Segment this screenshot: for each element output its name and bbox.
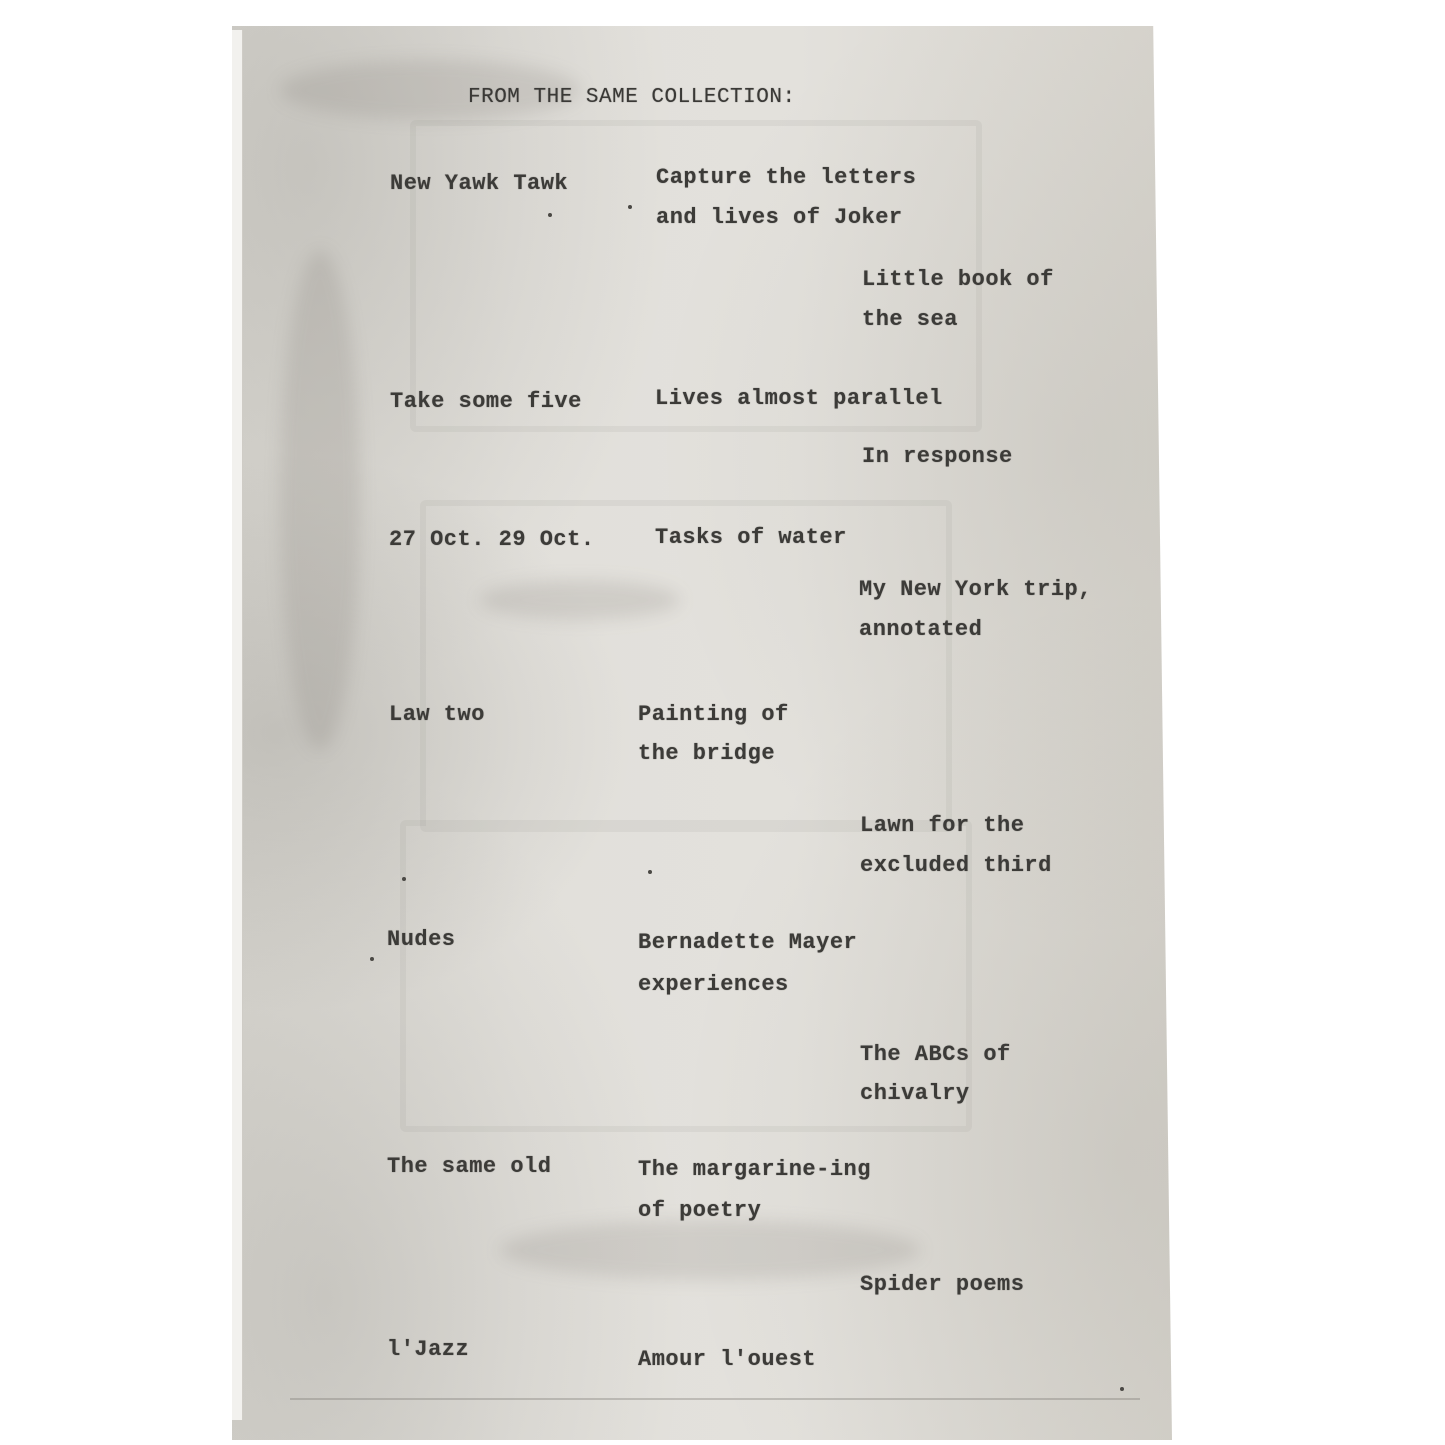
- title-entry: of poetry: [638, 1191, 761, 1231]
- title-entry: excluded third: [860, 846, 1052, 886]
- toner-speck: [370, 957, 374, 961]
- title-entry: Nudes: [387, 920, 456, 960]
- page-edge: [232, 30, 243, 1420]
- title-entry: New Yawk Tawk: [390, 164, 568, 204]
- toner-speck: [628, 205, 632, 209]
- toner-speck: [548, 213, 552, 217]
- title-entry: and lives of Joker: [656, 198, 903, 238]
- title-entry: The same old: [387, 1147, 551, 1187]
- title-entry: Spider poems: [860, 1265, 1024, 1305]
- title-entry: In response: [862, 437, 1013, 477]
- title-entry: The ABCs of: [860, 1035, 1011, 1075]
- toner-smudge: [280, 250, 360, 750]
- title-entry: Little book of: [862, 260, 1054, 300]
- title-entry: Bernadette Mayer: [638, 923, 857, 963]
- collection-heading: FROM THE SAME COLLECTION:: [468, 78, 796, 118]
- title-entry: experiences: [638, 965, 789, 1005]
- title-entry: Capture the letters: [656, 158, 916, 198]
- toner-smudge: [480, 580, 680, 620]
- title-entry: chivalry: [860, 1074, 970, 1114]
- title-entry: the sea: [862, 300, 958, 340]
- toner-speck: [1120, 1387, 1124, 1391]
- title-entry: l'Jazz: [387, 1330, 469, 1370]
- title-entry: Law two: [389, 695, 485, 735]
- title-entry: Lives almost parallel: [655, 379, 943, 419]
- page-bottom-line: [290, 1398, 1140, 1400]
- title-entry: Tasks of water: [655, 518, 847, 558]
- title-entry: My New York trip,: [859, 570, 1092, 610]
- title-entry: the bridge: [638, 734, 775, 774]
- title-entry: 27 Oct. 29 Oct.: [389, 520, 595, 560]
- title-entry: Amour l'ouest: [638, 1340, 816, 1380]
- title-entry: Painting of: [638, 695, 789, 735]
- toner-speck: [648, 870, 652, 874]
- title-entry: annotated: [859, 610, 982, 650]
- title-entry: The margarine-ing: [638, 1150, 871, 1190]
- toner-speck: [402, 877, 406, 881]
- title-entry: Take some five: [390, 382, 582, 422]
- title-entry: Lawn for the: [860, 806, 1024, 846]
